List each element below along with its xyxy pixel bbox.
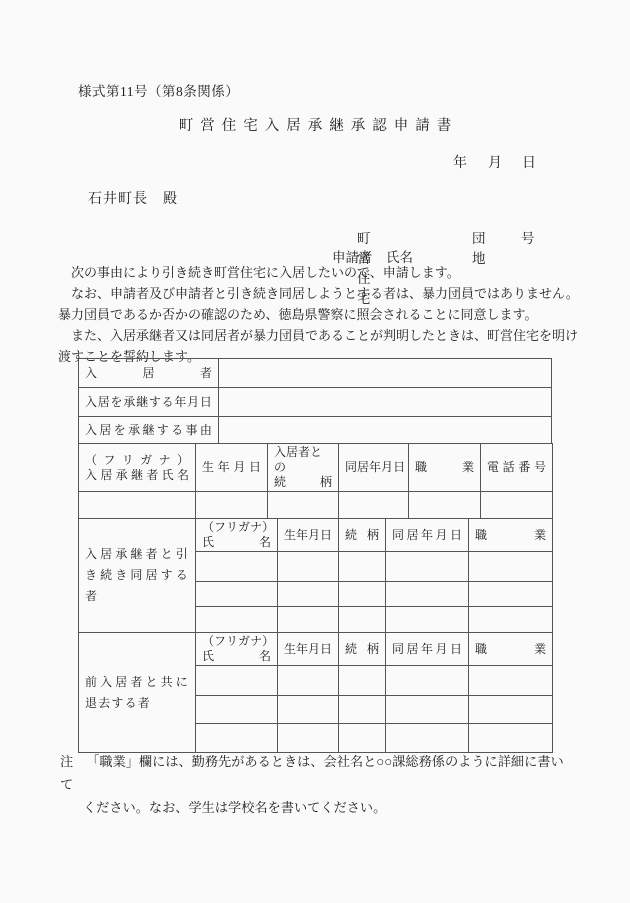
info-table: 入居者 入居を承継する年月日 入居を承継する事由 [78,358,552,444]
resident-value-cell [219,359,552,388]
successor-name-label: 入居承継者氏名 [85,468,189,483]
note-line: ください。なお、学生は学校名を書いてください。 [60,796,570,819]
succession-reason-label-cell: 入居を承継する事由 [79,417,219,444]
leaver-name-cell [196,666,278,696]
furigana-label: （フリガナ） [85,453,189,468]
date-month-label: 月 [488,152,502,172]
cohabit-date-header-cell: 同居年月日 [386,633,469,666]
cohabitant-occupation-cell [469,552,553,582]
cohabitant-occupation-cell [469,607,553,633]
leaver-name-header-cell: （フリガナ） 氏名 [196,633,278,666]
leaver-cohabit-cell [386,724,469,753]
form-number: 様式第11号（第8条関係） [78,80,239,100]
note-line: 「職業」欄には、勤務先があるときは、会社名と○○課総務係のように詳細に書いて [60,754,564,792]
cohabitant-relation-cell [339,582,386,607]
leavers-table: 前入居者と共に退去する者 （フリガナ） 氏名 生年月日 続柄 同居年月日 職業 [78,632,553,753]
body-line: なお、申請者及び申請者と引き続き同居しようとする者は、暴力団員ではありません。 [58,283,558,304]
relation-header-cell: 続柄 [339,519,386,552]
complex-label: 団地 [472,227,486,267]
body-paragraphs: 次の事由により引き続き町営住宅に入居したいので、申請します。 なお、申請者及び申… [58,262,558,367]
body-line: 次の事由により引き続き町営住宅に入居したいので、申請します。 [58,262,558,283]
relation-header-cell: 入居者との 続柄 [268,444,339,492]
succession-reason-value-cell [219,417,552,444]
document-title: 町営住宅入居承継承認申請書 [0,114,630,135]
relation-label-line1: 入居者との [274,445,332,475]
body-line: 暴力団員であるか否かの確認のため、徳島県警察に照会されることに同意します。 [58,304,558,325]
cohabitant-occupation-cell [469,582,553,607]
occupation-header-cell: 職業 [409,444,481,492]
successor-phone-cell [481,492,553,519]
birth-date-header-cell: 生年月日 [196,444,268,492]
footnote: 注「職業」欄には、勤務先があるときは、会社名と○○課総務係のように詳細に書いて … [60,750,570,819]
succession-reason-label: 入居を承継する事由 [85,423,212,438]
cohabitant-name-cell [196,552,278,582]
leaver-birth-cell [278,666,339,696]
cohabitant-name-cell [196,582,278,607]
leaver-relation-cell [339,666,386,696]
leaver-relation-cell [339,724,386,753]
succession-date-label-cell: 入居を承継する年月日 [79,388,219,417]
cohabitant-name-header-cell: （フリガナ） 氏名 [196,519,278,552]
cohabit-date-header-cell: 同居年月日 [386,519,469,552]
cohabitant-cohabit-cell [386,607,469,633]
addressee: 石井町長 殿 [88,188,178,208]
leaver-occupation-cell [469,666,553,696]
main-table: 入居者 入居を承継する年月日 入居を承継する事由 （フリガナ） [78,358,552,753]
unit-number-label: 号 [521,227,535,247]
relation-label-line2: 続柄 [274,475,332,490]
succession-date-value-cell [219,388,552,417]
cohabitant-birth-cell [278,582,339,607]
date-year-label: 年 [453,152,467,172]
leaver-cohabit-cell [386,696,469,724]
leaver-birth-cell [278,696,339,724]
successor-entry-row [79,492,553,519]
cohabitant-birth-cell [278,607,339,633]
name-label: 氏名 [202,535,271,550]
leaver-relation-cell [339,696,386,724]
occupation-header-cell: 職業 [469,633,553,666]
successor-relation-cell [268,492,339,519]
furigana-label: （フリガナ） [202,634,271,649]
cohabitant-cohabit-cell [386,582,469,607]
furigana-label: （フリガナ） [202,520,271,535]
occupation-header-cell: 職業 [469,519,553,552]
leaver-cohabit-cell [386,666,469,696]
name-label: 氏名 [202,649,271,664]
succession-date-label: 入居を承継する年月日 [85,395,212,410]
successor-birth-cell [196,492,268,519]
relation-header-cell: 続柄 [339,633,386,666]
note-label: 注 [60,750,73,773]
phone-header-cell: 電話番号 [481,444,553,492]
resident-label-cell: 入居者 [79,359,219,388]
resident-label: 入居者 [85,366,212,381]
cohabitant-birth-cell [278,552,339,582]
leaver-occupation-cell [469,696,553,724]
successor-name-cell [79,492,196,519]
body-line: また、入居承継者又は同居者が暴力団員であることが判明したときは、町営住宅を明け [58,325,558,346]
document-page: 様式第11号（第8条関係） 町営住宅入居承継承認申請書 年 月 日 石井町長 殿… [0,0,630,903]
leaver-name-cell [196,724,278,753]
cohabitant-relation-cell [339,552,386,582]
cohabitant-name-cell [196,607,278,633]
leaver-birth-cell [278,724,339,753]
successor-table: （フリガナ） 入居承継者氏名 生年月日 入居者との 続柄 同居年月日 職業 電話… [78,443,553,519]
leavers-section-label: 前入居者と共に退去する者 [79,633,196,753]
birth-date-header-cell: 生年月日 [278,633,339,666]
cohabitants-table: 入居承継者と引き続き同居する者 （フリガナ） 氏名 生年月日 続柄 同居年月日 … [78,518,553,633]
successor-occupation-cell [409,492,481,519]
cohabitant-relation-cell [339,607,386,633]
leaver-occupation-cell [469,724,553,753]
date-day-label: 日 [522,152,536,172]
successor-name-header-cell: （フリガナ） 入居承継者氏名 [79,444,196,492]
cohabitants-section-label: 入居承継者と引き続き同居する者 [79,519,196,633]
birth-date-header-cell: 生年月日 [278,519,339,552]
successor-cohabit-cell [339,492,409,519]
leaver-name-cell [196,696,278,724]
cohabit-date-header-cell: 同居年月日 [339,444,409,492]
cohabitant-cohabit-cell [386,552,469,582]
